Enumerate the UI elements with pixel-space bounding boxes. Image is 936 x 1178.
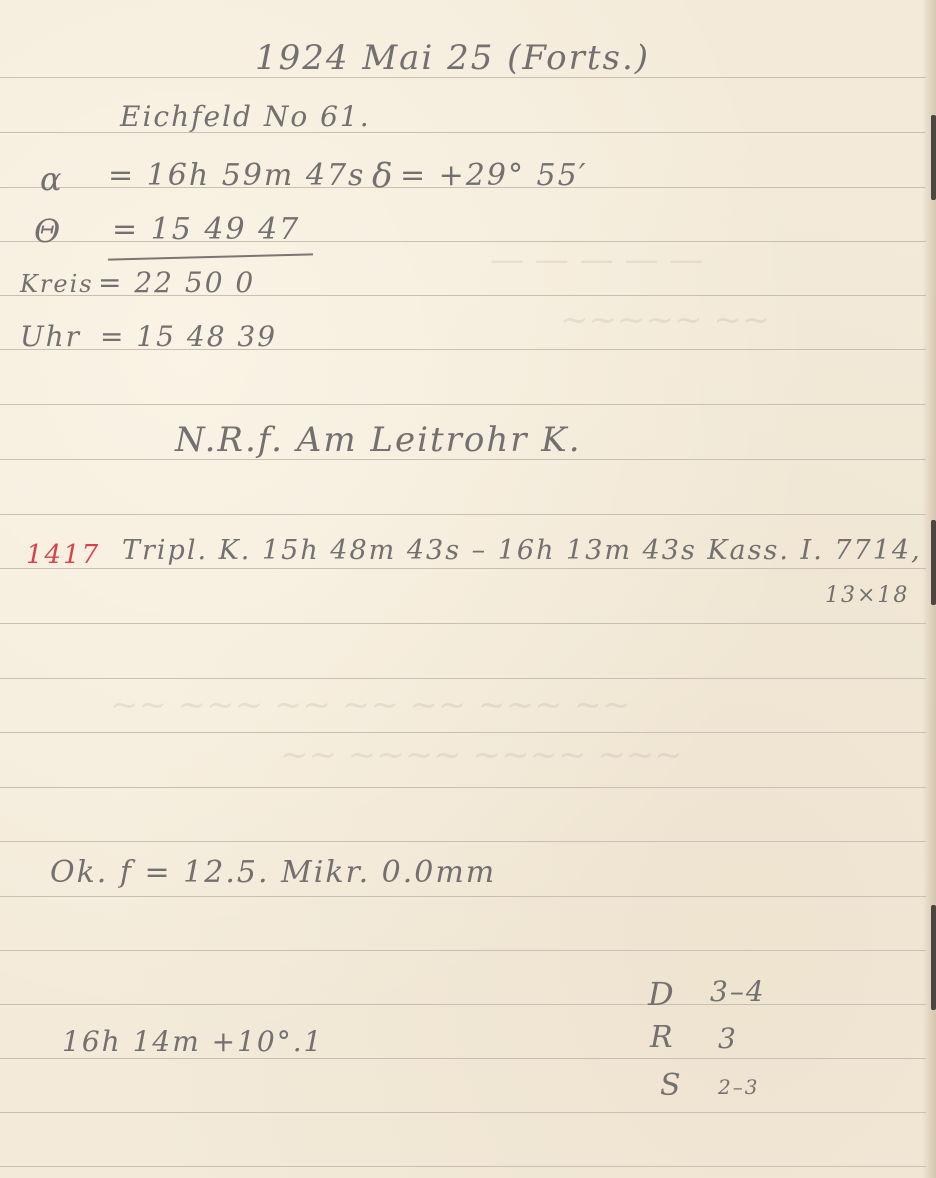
plate-size: 13×18 xyxy=(825,583,909,608)
rating-value-r: 3 xyxy=(718,1022,738,1055)
page-tab-mark xyxy=(931,520,936,605)
ruled-line xyxy=(0,1058,926,1059)
page-header-date: 1924 Mai 25 (Forts.) xyxy=(255,38,650,78)
ruled-line xyxy=(0,514,926,515)
bleed-through: ~~ ~~~~ ~~~~ ~~~ xyxy=(280,735,683,775)
alpha-label: α xyxy=(40,160,64,198)
kreis-label: Kreis xyxy=(20,270,94,298)
section-heading: N.R.f. Am Leitrohr K. xyxy=(175,420,582,460)
bleed-through: — — — — — xyxy=(490,240,703,280)
plate-entry: Tripl. K. 15h 48m 43s – 16h 13m 43s Kass… xyxy=(122,535,922,566)
rating-value-s: 2–3 xyxy=(718,1075,759,1099)
kreis-value: = 22 50 0 xyxy=(98,266,255,299)
uhr-label: Uhr xyxy=(20,320,81,353)
rating-value-d: 3–4 xyxy=(710,975,766,1008)
rating-label-r: R xyxy=(650,1020,675,1055)
rating-label-s: S xyxy=(660,1068,683,1103)
ruled-line xyxy=(0,841,926,842)
page-tab-mark xyxy=(931,905,936,1010)
ruled-line xyxy=(0,404,926,405)
ruled-line xyxy=(0,623,926,624)
ruled-line xyxy=(0,1112,926,1113)
object-name: Eichfeld No 61. xyxy=(120,100,371,133)
bleed-through: ~~~~~ ~~ xyxy=(560,300,770,340)
theta-value: = 15 49 47 xyxy=(112,212,300,247)
ruled-line xyxy=(0,568,926,569)
ruled-line xyxy=(0,732,926,733)
position-line: 16h 14m +10°.1 xyxy=(62,1025,323,1058)
ruled-line xyxy=(0,1166,926,1167)
ruled-line xyxy=(0,896,926,897)
ocular-line: Ok. f = 12.5. Mikr. 0.0mm xyxy=(50,855,496,890)
ruled-line xyxy=(0,1004,926,1005)
uhr-value: = 15 48 39 xyxy=(100,320,277,353)
bleed-through: ~~ ~~~ ~~ ~~ ~~ ~~~ ~~ xyxy=(110,685,631,725)
page-tab-mark xyxy=(931,115,936,200)
rating-label-d: D xyxy=(648,975,676,1013)
plate-number: 1417 xyxy=(26,540,100,570)
delta-value: = +29° 55′ xyxy=(400,158,588,193)
delta-label: δ xyxy=(372,156,394,196)
sum-underline xyxy=(108,253,313,260)
alpha-value: = 16h 59m 47s xyxy=(108,158,365,193)
theta-label: Θ xyxy=(34,212,62,250)
ruled-line xyxy=(0,950,926,951)
ruled-line xyxy=(0,678,926,679)
ruled-line xyxy=(0,787,926,788)
